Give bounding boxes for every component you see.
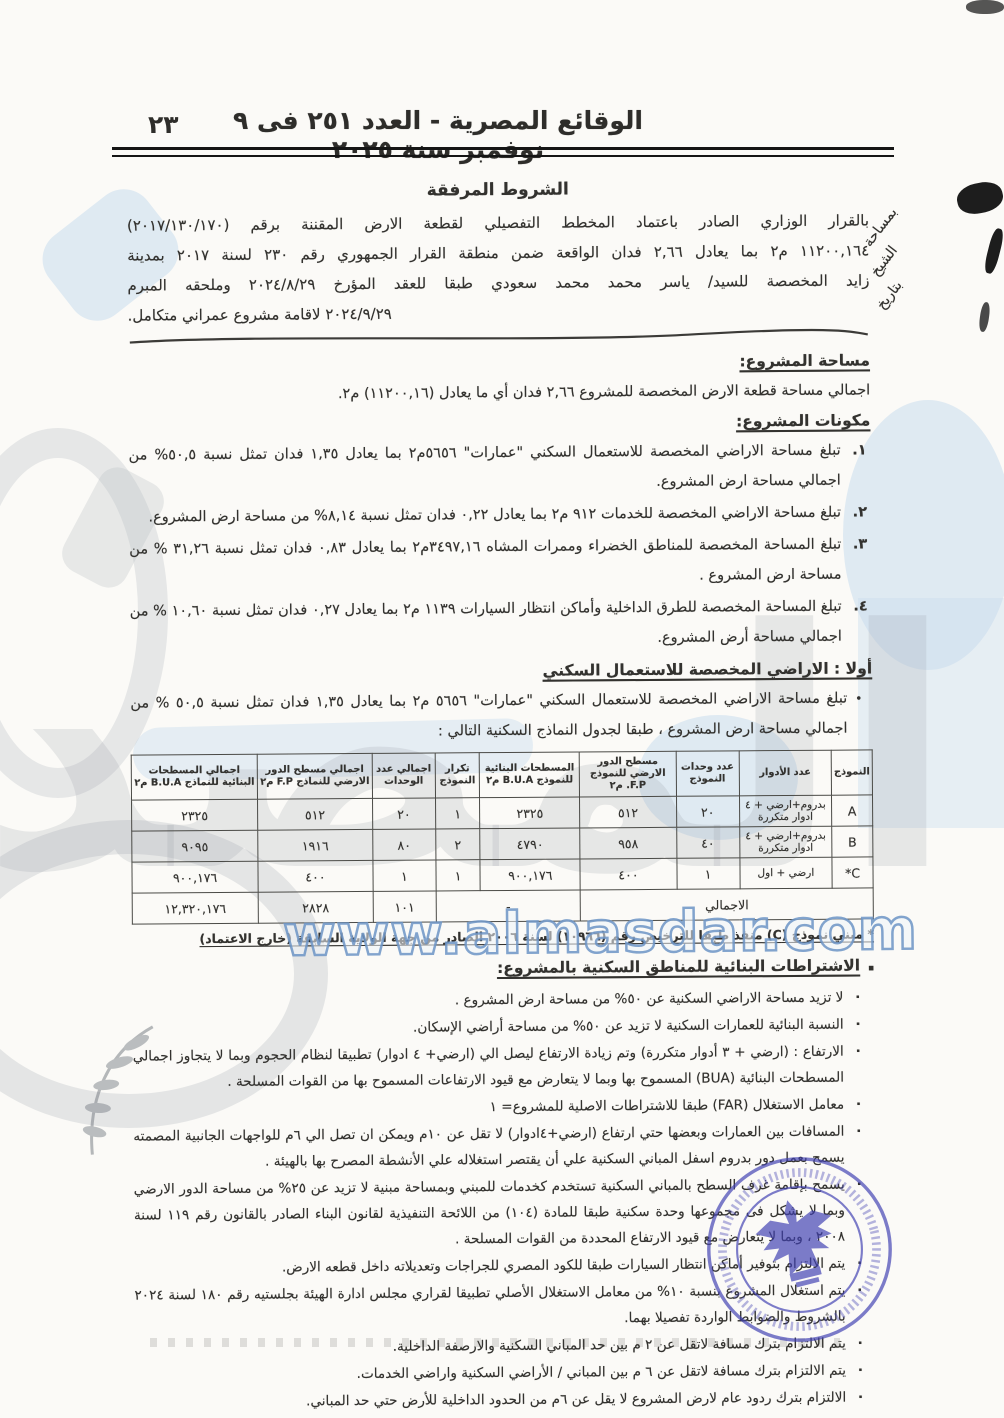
- bullet-icon: [855, 1357, 863, 1383]
- condition-text: النسبة البنائية للعمارات السكنية لا تزيد…: [413, 1012, 844, 1041]
- cell-model: A: [832, 795, 873, 826]
- table-footnote: * مبني نموذج (C) منفذ طبقا للترخيص رقم (…: [132, 923, 874, 950]
- table-header-row: النموذج عدد الأدوار عدد وحدات النموذج مس…: [131, 750, 872, 800]
- condition-text: الارتفاع : (ارضي + ٣ أدوار متكررة) وتم ز…: [133, 1039, 844, 1096]
- condition-item: النسبة البنائية للعمارات السكنية لا تزيد…: [133, 1012, 861, 1043]
- cell-repeat: ٢: [436, 829, 481, 860]
- intro-line: ٢٠٢٤/٩/٢٩ لاقامة مشروع عمراني متكامل.: [128, 295, 870, 330]
- item-number: ١.: [848, 435, 866, 495]
- cell-model: C*: [832, 857, 873, 888]
- col-header-floors: عدد الأدوار: [739, 750, 832, 796]
- cell-model: B: [832, 826, 873, 857]
- component-item: ٢. تبلغ مساحة الاراضي المخصصة للخدمات ٩١…: [129, 497, 867, 532]
- cell-total-footprint: ١٩١٦: [258, 829, 373, 861]
- cell-total-bua-sum: ١٢,٣٢٠,١٧٦: [132, 892, 258, 924]
- conditions-heading: الاشتراطات البنائية للمناطق السكنية بالم…: [497, 950, 860, 985]
- cell-footprint: ٤٠٠: [580, 858, 677, 890]
- item-text: تبلغ مساحة الاراضي المخصصة للخدمات ٩١٢ م…: [148, 498, 841, 533]
- cell-total-bua: ٢٣٢٥: [132, 799, 258, 831]
- col-header-footprint: مسطح الدور الارضي للنموذج F.P. م٢: [579, 751, 676, 797]
- bullet-text: تبلغ مساحة الاراضي المخصصة للاستعمال الس…: [130, 684, 847, 749]
- condition-item: يتم الالتزام بترك مسافة لاتقل عن ٦ م بين…: [135, 1357, 863, 1388]
- cell-total-footprint: ٥١٢: [258, 798, 373, 830]
- table-row-model-a: A بدروم+ارضي + ٤ ادوار متكررة ٢٠ ٥١٢ ٢٣٢…: [132, 795, 873, 831]
- residential-models-table: النموذج عدد الأدوار عدد وحدات النموذج مس…: [131, 749, 874, 924]
- col-header-model: النموذج: [831, 750, 872, 795]
- cell-total-bua: ٩٠٠,١٧٦: [132, 861, 258, 893]
- table-total-row: الاجمالي - ١٠١ ٢٨٢٨ ١٢,٣٢٠,١٧٦: [132, 888, 873, 924]
- scan-blue-swoosh: [858, 598, 1004, 828]
- residential-lands-bullet: تبلغ مساحة الاراضي المخصصة للاستعمال الس…: [130, 683, 862, 748]
- page-number: ٢٣: [148, 110, 179, 139]
- item-number: ٤.: [850, 591, 868, 651]
- condition-text: معامل الاستغلال (FAR) طبقا للاشتراطات ال…: [490, 1092, 845, 1120]
- document-title: الشروط المرفقة: [127, 177, 869, 202]
- cell-total-footprint-sum: ٢٨٢٨: [258, 891, 373, 923]
- bullet-icon: [855, 1384, 863, 1410]
- condition-item: لا تزيد مساحة الاراضي السكنية عن ٥٠% من …: [132, 985, 860, 1016]
- eagle-icon: [749, 1191, 846, 1294]
- bullet-icon: [853, 1012, 861, 1038]
- cell-floors: ارضي + اول: [739, 857, 832, 889]
- header-double-rule: [112, 147, 894, 157]
- cell-footprint: ٩٥٨: [580, 827, 677, 859]
- cell-floors: بدروم+ارضي + ٤ ادوار متكررة: [739, 795, 832, 827]
- condition-text: يتم الالتزام بترك مسافة لاتقل عن ٦ م بين…: [357, 1358, 847, 1387]
- scan-smudge: [966, 0, 1004, 14]
- cell-bua: ٩٠٠,١٧٦: [480, 859, 580, 891]
- bullet-icon: [855, 683, 862, 743]
- scanned-gazette-page: المصدر ٢٣ الوقائع المصرية - العدد ٢٥١ فى…: [0, 0, 1004, 1418]
- cell-total-units-sum: ١٠١: [373, 891, 436, 922]
- item-text: تبلغ المساحة المخصصة للمناطق الخضراء ومم…: [129, 530, 841, 595]
- component-item: ٤. تبلغ المساحة المخصصة للطرق الداخلية و…: [130, 591, 868, 656]
- cell-dash: -: [436, 890, 581, 922]
- cell-repeat: ١: [436, 860, 481, 891]
- item-text: تبلغ المساحة المخصصة للطرق الداخلية وأما…: [130, 592, 842, 657]
- cell-units: ٤٠: [676, 827, 739, 858]
- item-number: ٢.: [849, 497, 867, 527]
- col-header-total-units: اجمالي عدد الوحدات: [372, 753, 435, 798]
- cell-bua: ٢٣٢٥: [480, 797, 580, 829]
- cell-total-label: الاجمالي: [580, 888, 873, 921]
- condition-item: معامل الاستغلال (FAR) طبقا للاشتراطات ال…: [133, 1092, 861, 1123]
- bullet-icon: [853, 1039, 861, 1091]
- col-header-total-bua: اجمالي المسطحات البنائية للنماذج B.U.A م…: [131, 754, 257, 800]
- scan-smudge: [983, 227, 1004, 275]
- bullet-icon: [852, 985, 860, 1011]
- table-row-model-c: C* ارضي + اول ١ ٤٠٠ ٩٠٠,١٧٦ ١ ١ ٤٠٠ ٩٠٠,…: [132, 857, 873, 893]
- conditions-heading-row: الاشتراطات البنائية للمناطق السكنية بالم…: [132, 949, 874, 989]
- cell-total-units: ٢٠: [372, 798, 435, 829]
- component-item: ٣. تبلغ المساحة المخصصة للمناطق الخضراء …: [129, 529, 867, 594]
- condition-item: الارتفاع : (ارضي + ٣ أدوار متكررة) وتم ز…: [133, 1039, 861, 1096]
- col-header-units: عدد وحدات النموذج: [676, 751, 739, 796]
- bullet-icon: [853, 1092, 861, 1118]
- intro-line: زايد المخصصة للسيد/ ياسر محمد محمد سعودي…: [127, 265, 869, 300]
- cell-footprint: ٥١٢: [580, 796, 677, 828]
- cell-repeat: ١: [435, 798, 480, 829]
- cell-units: ٢٠: [676, 796, 739, 827]
- cell-total-bua: ٩٠٩٥: [132, 830, 258, 862]
- intro-paragraph: بالقرار الوزاري الصادر باعتماد المخطط ال…: [127, 205, 870, 330]
- scan-smudge: [978, 302, 991, 333]
- cell-floors: بدروم+ارضي + ٤ ادوار متكررة: [739, 826, 832, 858]
- bullet-icon: [868, 949, 874, 984]
- curled-edge-word: بتاريخ: [873, 278, 905, 313]
- cell-bua: ٤٧٩٠: [480, 828, 580, 860]
- cell-total-units: ٨٠: [373, 829, 436, 860]
- cell-units: ١: [677, 858, 740, 889]
- component-item: ١. تبلغ مساحة الاراضي المخصصة للاستعمال …: [129, 435, 867, 500]
- scan-smudge: [954, 179, 1004, 218]
- col-header-total-footprint: اجمالي مسطح الدور الارضي للنماذج F.P م٢: [257, 753, 372, 799]
- condition-text: لا تزيد مساحة الاراضي السكنية عن ٥٠% من …: [455, 985, 844, 1014]
- cell-total-units: ١: [373, 860, 436, 891]
- hand-drawn-separator-line: [128, 327, 870, 346]
- item-number: ٣.: [849, 529, 867, 589]
- col-header-repeat: تكرار النموذج: [435, 753, 480, 798]
- cell-total-footprint: ٤٠٠: [258, 860, 373, 892]
- table-row-model-b: B بدروم+ارضي + ٤ ادوار متكررة ٤٠ ٩٥٨ ٤٧٩…: [132, 826, 873, 862]
- condition-text: الالتزام بترك ردود عام لارض المشروع لا ي…: [306, 1385, 846, 1415]
- item-text: تبلغ مساحة الاراضي المخصصة للاستعمال الس…: [129, 436, 841, 501]
- condition-item: الالتزام بترك ردود عام لارض المشروع لا ي…: [135, 1384, 863, 1415]
- col-header-bua: المسطحات البنائية للنموذج B.U.A م٢: [479, 752, 579, 798]
